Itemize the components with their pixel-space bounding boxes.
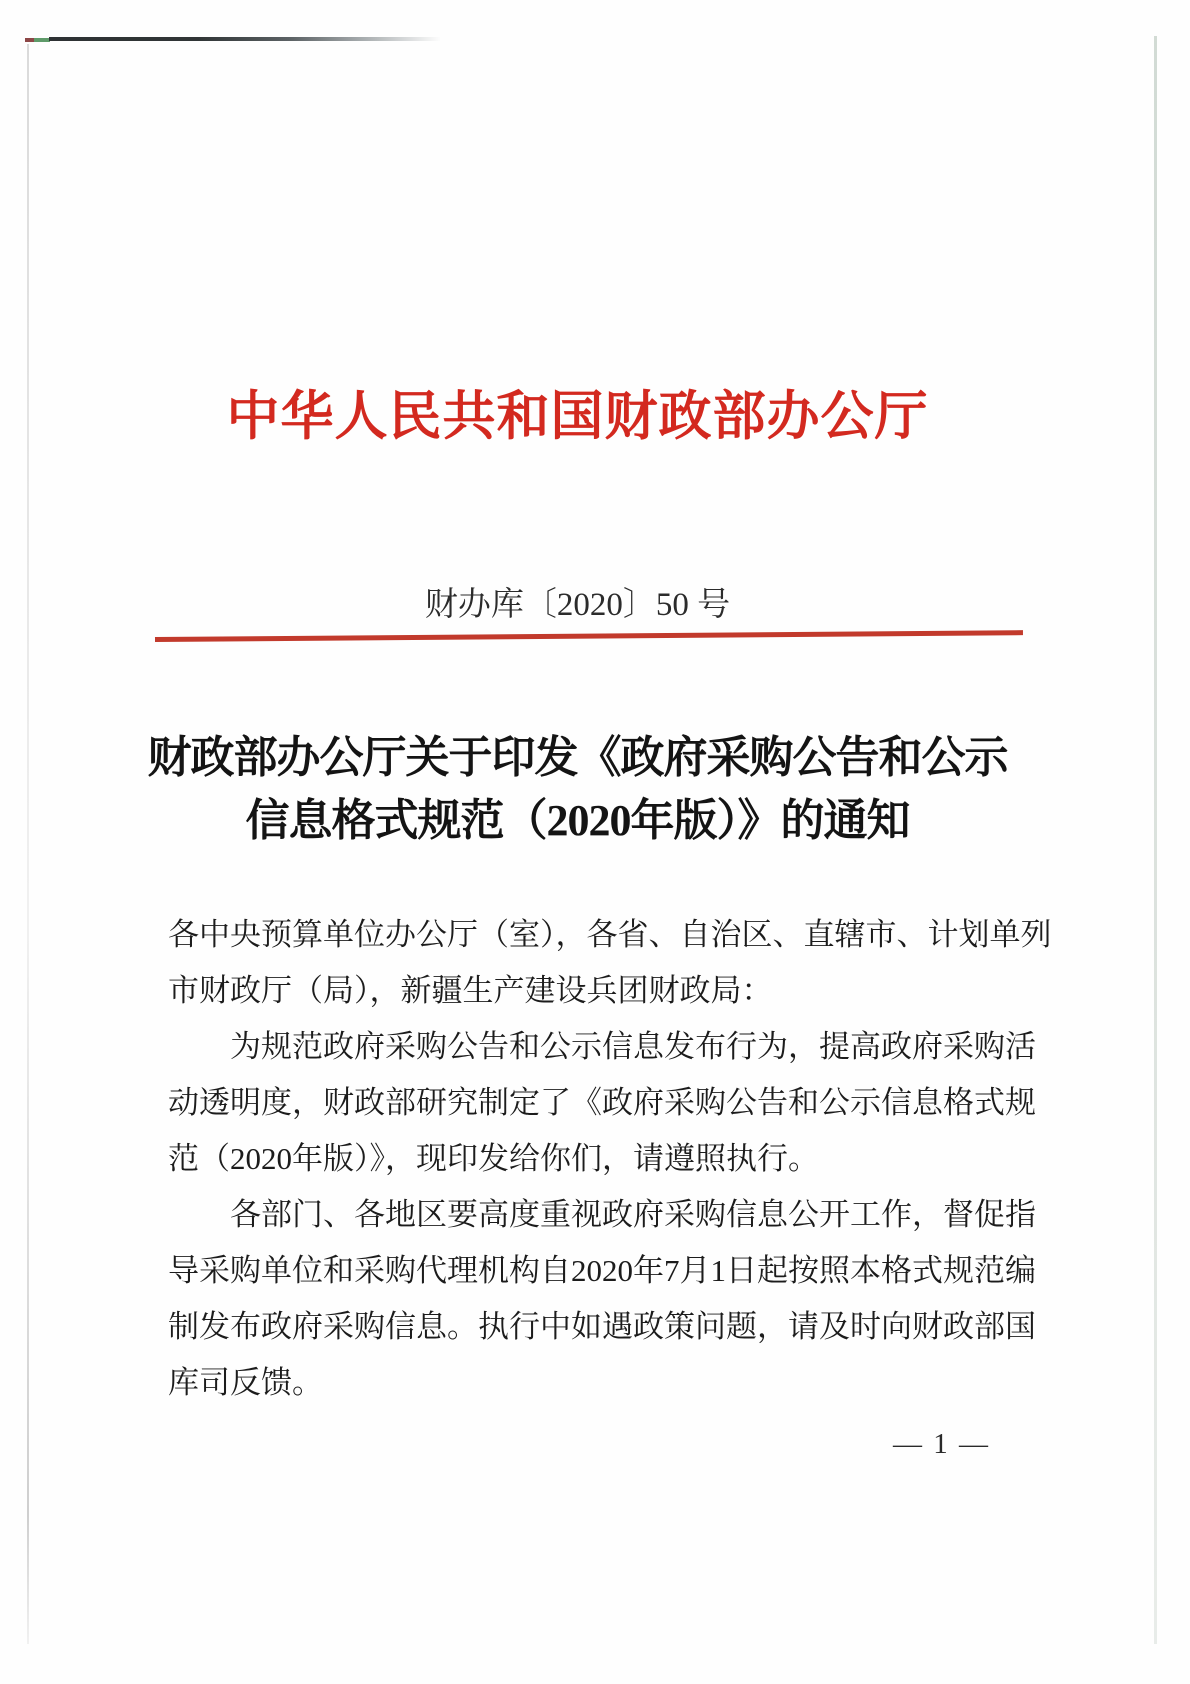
document-title-line-1: 财政部办公厅关于印发《政府采购公告和公示 <box>0 726 1155 789</box>
body-line-paragraph1-2: 动透明度，财政部研究制定了《政府采购公告和公示信息格式规 <box>168 1075 1024 1131</box>
letterhead-red-rule <box>155 630 1023 642</box>
scan-artifact-top-streak <box>49 37 441 41</box>
agency-letterhead: 中华人民共和国财政部办公厅 <box>0 374 1155 450</box>
body-line-paragraph1-1: 为规范政府采购公告和公示信息发布行为，提高政府采购活 <box>168 1019 1024 1075</box>
document-title-line-2: 信息格式规范（2020年版）》的通知 <box>0 789 1155 852</box>
scanned-document-page: 中华人民共和国财政部办公厅 财办库〔2020〕50 号 财政部办公厅关于印发《政… <box>0 0 1190 1684</box>
page-number: — 1 — <box>893 1428 990 1461</box>
document-reference-number: 财办库〔2020〕50 号 <box>0 578 1155 625</box>
body-line-paragraph2-2: 导采购单位和采购代理机构自2020年7月1日起按照本格式规范编 <box>168 1243 1024 1299</box>
body-line-paragraph1-3: 范（2020年版）》，现印发给你们，请遵照执行。 <box>168 1131 1024 1187</box>
body-line-paragraph2-3: 制发布政府采购信息。执行中如遇政策问题，请及时向财政部国 <box>168 1299 1024 1355</box>
body-line-salutation-2: 市财政厅（局），新疆生产建设兵团财政局： <box>168 963 1024 1019</box>
scan-artifact-green-mark <box>34 38 50 42</box>
body-line-salutation-1: 各中央预算单位办公厅（室），各省、自治区、直辖市、计划单列 <box>168 907 1024 963</box>
document-body: 各中央预算单位办公厅（室），各省、自治区、直辖市、计划单列 市财政厅（局），新疆… <box>168 907 1024 1411</box>
body-line-paragraph2-4: 库司反馈。 <box>168 1355 1024 1411</box>
document-title: 财政部办公厅关于印发《政府采购公告和公示 信息格式规范（2020年版）》的通知 <box>0 726 1155 852</box>
body-line-paragraph2-1: 各部门、各地区要高度重视政府采购信息公开工作，督促指 <box>168 1187 1024 1243</box>
